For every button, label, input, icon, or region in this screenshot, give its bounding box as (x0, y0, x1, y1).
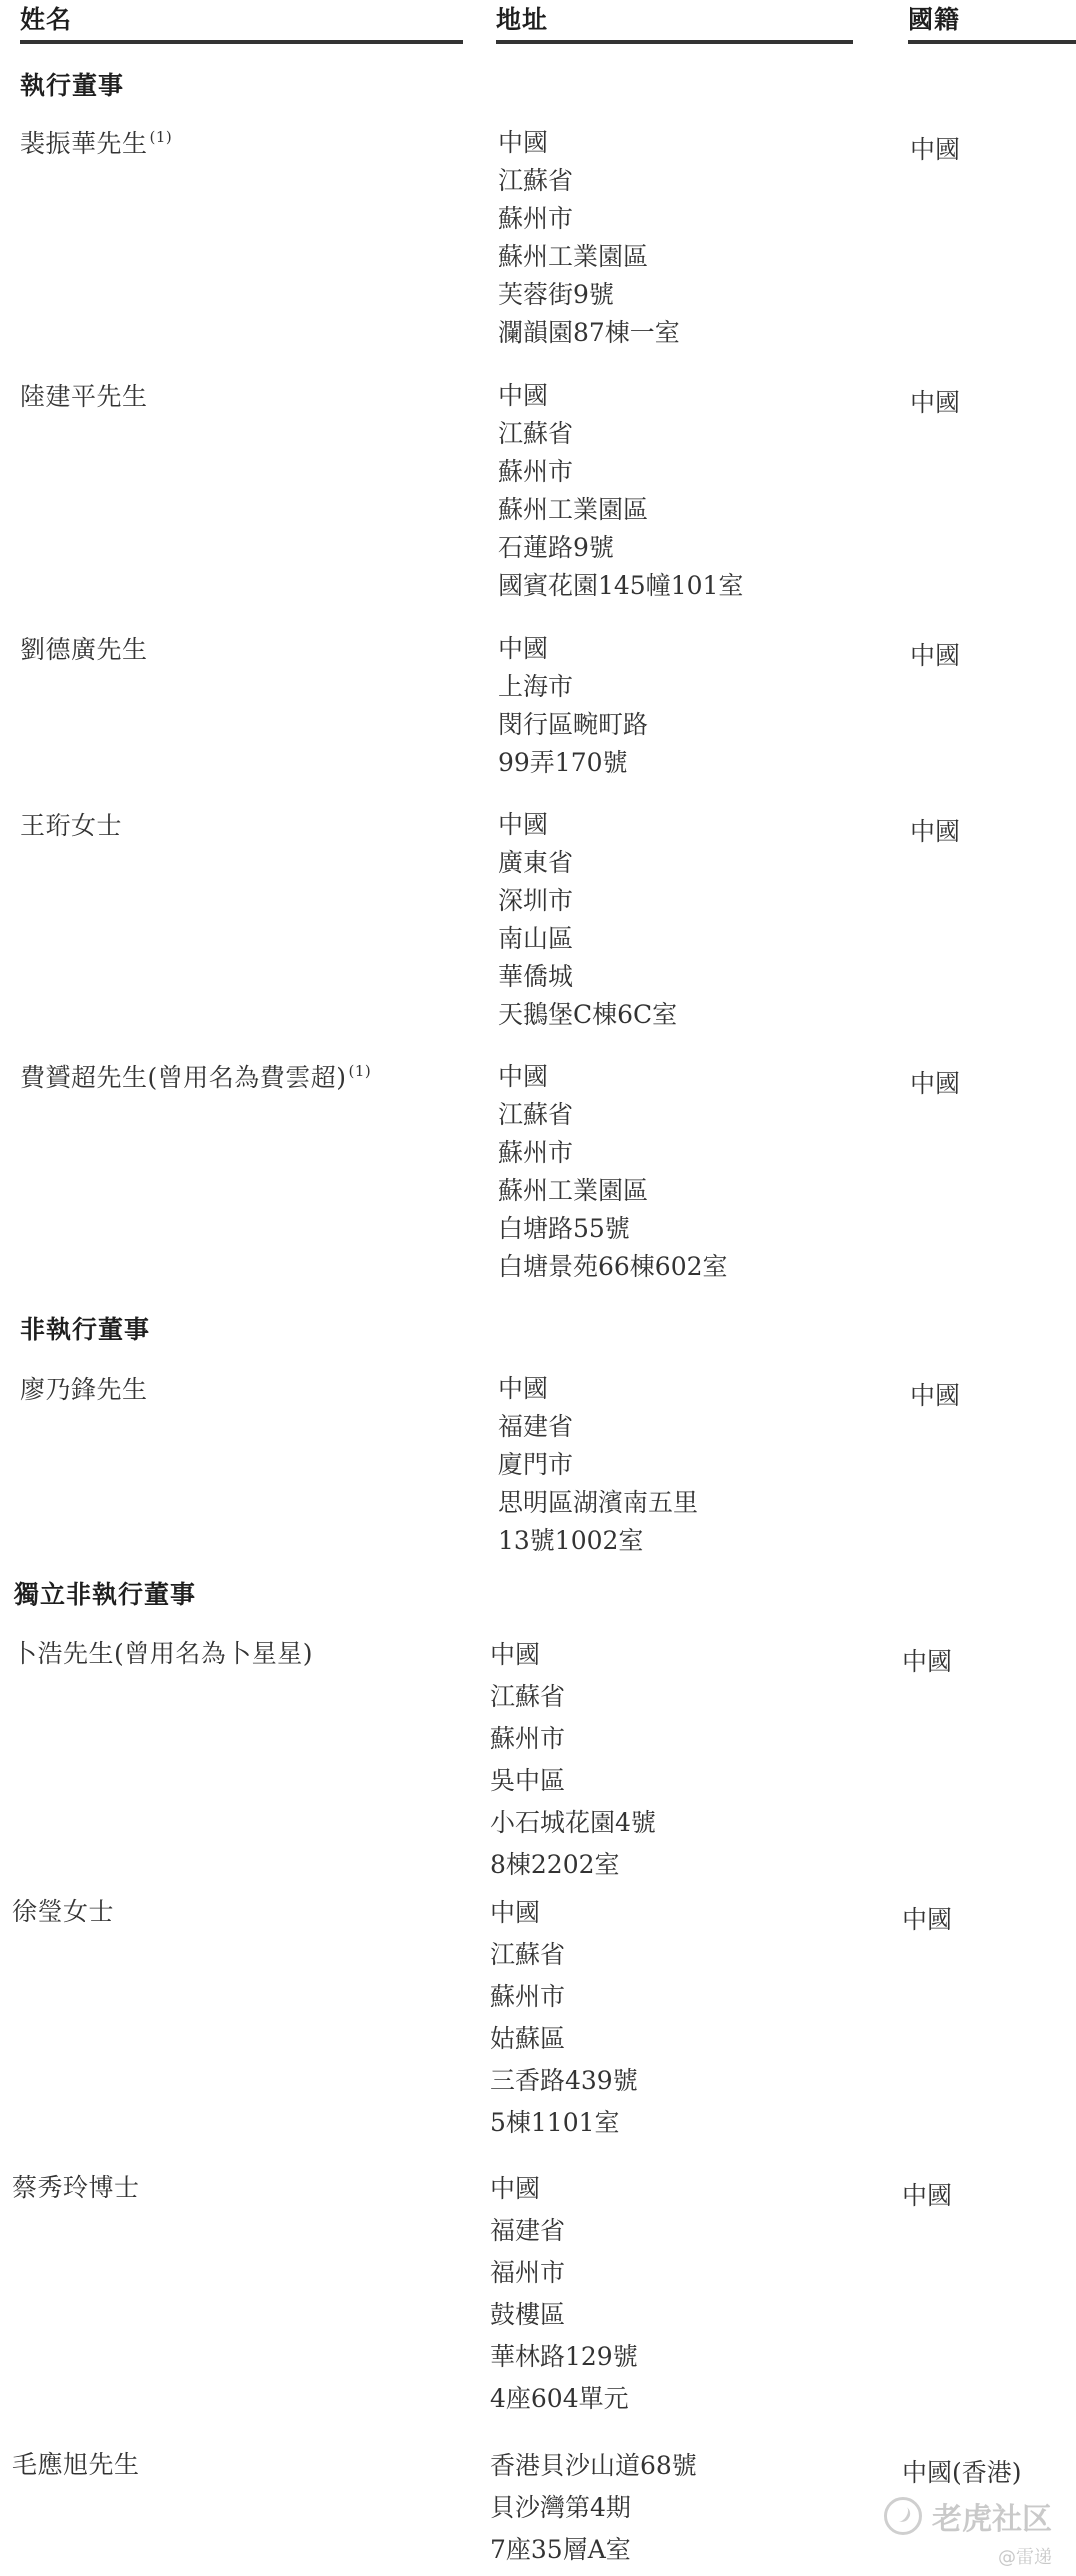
director-name: 裴振華先生(1) (20, 124, 172, 160)
header-nationality-label: 國籍 (908, 0, 960, 36)
director-address: 中國 江蘇省 蘇州市 蘇州工業園區 石蓮路9號 國賓花園145幢101室 (498, 377, 743, 605)
director-name: 王珩女士 (20, 806, 122, 842)
director-address: 中國 江蘇省 蘇州市 吳中區 小石城花園4號 8棟2202室 (490, 1634, 656, 1886)
header-address-label: 地址 (496, 0, 548, 36)
header-name-label: 姓名 (20, 0, 72, 36)
header-name-column: 姓名 (20, 0, 463, 44)
tiger-logo-icon (884, 2497, 922, 2535)
watermark-brand: 老虎社区 (884, 2494, 1052, 2538)
director-address: 中國 江蘇省 蘇州市 蘇州工業園區 白塘路55號 白塘景苑66棟602室 (498, 1058, 728, 1286)
director-nationality: 中國 (902, 2176, 952, 2212)
director-name: 毛應旭先生 (12, 2445, 140, 2481)
director-address: 中國 上海市 閔行區畹町路 99弄170號 (498, 630, 648, 782)
director-nationality: 中國 (910, 636, 960, 672)
header-address-column: 地址 (496, 0, 853, 44)
director-address: 中國 江蘇省 蘇州市 蘇州工業園區 芙蓉街9號 瀾韻園87棟一室 (498, 124, 680, 352)
director-address: 中國 江蘇省 蘇州市 姑蘇區 三香路439號 5棟1101室 (490, 1892, 638, 2144)
director-nationality: 中國 (910, 1064, 960, 1100)
director-name: 徐瑩女士 (12, 1892, 114, 1928)
director-address: 中國 廣東省 深圳市 南山區 華僑城 天鵝堡C棟6C室 (498, 806, 677, 1034)
director-name: 蔡秀玲博士 (12, 2168, 140, 2204)
director-nationality: 中國 (902, 1642, 952, 1678)
director-nationality: 中國 (910, 1376, 960, 1412)
director-name: 劉德廣先生 (20, 630, 148, 666)
director-nationality: 中國(香港) (902, 2453, 1022, 2489)
director-name: 費贇超先生(曾用名為費雲超)(1) (20, 1058, 371, 1094)
director-nationality: 中國 (910, 130, 960, 166)
section-title-executive: 執行董事 (20, 66, 124, 102)
section-title-non-executive: 非執行董事 (20, 1310, 150, 1346)
director-name: 卜浩先生(曾用名為卜星星) (12, 1634, 313, 1670)
section-title-independent-non-executive: 獨立非執行董事 (14, 1575, 196, 1611)
footnote-ref: (1) (349, 1062, 372, 1080)
watermark-user: @雷递 (884, 2543, 1052, 2569)
footnote-ref: (1) (150, 128, 173, 146)
director-name: 廖乃鋒先生 (20, 1370, 148, 1406)
header-nationality-column: 國籍 (908, 0, 1076, 44)
director-nationality: 中國 (910, 812, 960, 848)
watermark: 老虎社区 @雷递 (884, 2494, 1052, 2569)
director-address: 中國 福建省 廈門市 思明區湖濱南五里 13號1002室 (498, 1370, 698, 1560)
director-address: 中國 福建省 福州市 鼓樓區 華林路129號 4座604單元 (490, 2168, 638, 2420)
director-address: 香港貝沙山道68號 貝沙灣第4期 7座35層A室 (490, 2445, 697, 2571)
director-nationality: 中國 (910, 383, 960, 419)
director-nationality: 中國 (902, 1900, 952, 1936)
director-name: 陸建平先生 (20, 377, 148, 413)
